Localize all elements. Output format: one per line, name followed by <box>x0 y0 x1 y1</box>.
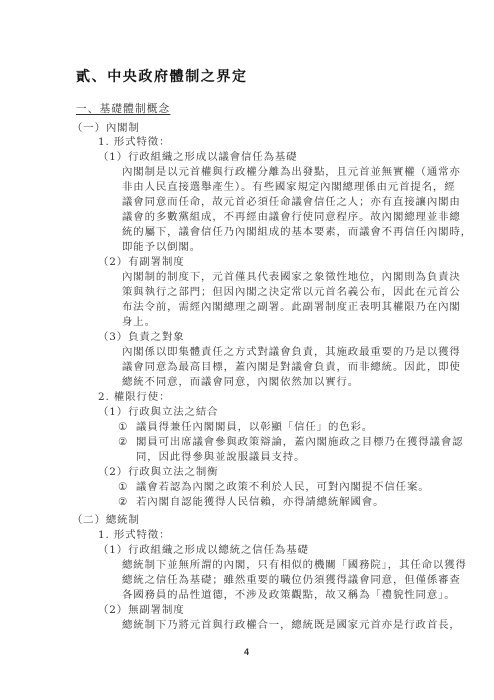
power-exercise-heading: 2. 權限行使： <box>98 390 170 404</box>
paragraph-line: 統的屬下，議會信任乃內閣組成的基本要素，而議會不再信任內閣時， <box>122 225 422 239</box>
point-marker: ② <box>118 495 128 509</box>
point-line: 議會若認為內閣之政策不利於人民，可對內閣提不信任案。 <box>136 480 430 494</box>
point-line: 若內閣自認能獲得人民信賴，亦得請總統解國會。 <box>136 495 384 509</box>
section-heading: 一、基礎體制概念 <box>76 101 170 116</box>
item-heading: （3）負責之對象 <box>98 330 185 344</box>
subsection-heading-parliamentary: （一）內閣制 <box>72 121 140 135</box>
point-line: 議員得兼任內閣閣員，以彰顯「信任」的色彩。 <box>136 420 373 434</box>
document-page: 貳、中央政府體制之界定 一、基礎體制概念 （一）內閣制 1. 形式特徵： （1）… <box>0 0 494 700</box>
page-number: 4 <box>244 647 249 657</box>
point-line: 同，因此得參與並說服議員支持。 <box>136 450 305 464</box>
formal-features-heading: 1. 形式特徵： <box>98 528 170 542</box>
paragraph-line: 策與執行之部門；但因內閣之決定常以元首名義公布，因此在元首公 <box>122 285 422 299</box>
item-heading: （1）行政組織之形成以議會信任為基礎 <box>98 150 297 164</box>
subsection-heading-presidential: （二）總統制 <box>72 513 140 527</box>
point-marker: ② <box>118 435 128 449</box>
item-heading: （2）有副署制度 <box>98 255 185 269</box>
paragraph-line: 總統制下乃將元首與行政權合一，總統既是國家元首亦是行政首長， <box>122 618 422 632</box>
paragraph-line: 布法令前，需經內閣總理之副署。此副署制度正表明其權限乃在內閣 <box>122 300 422 314</box>
item-heading: （1）行政與立法之結合 <box>98 405 218 419</box>
paragraph-line: 總統制下並無所謂的內閣，只有相似的機關「國務院」，其任命以獲得 <box>122 558 422 572</box>
point-marker: ① <box>118 480 128 494</box>
item-heading: （2）無副署制度 <box>98 603 185 617</box>
formal-features-heading: 1. 形式特徵： <box>98 135 170 149</box>
paragraph-line: 總統不同意，而議會同意，內閣依然加以實行。 <box>122 375 422 389</box>
point-line: 閣員可出席議會參與政策辯論，蓋內閣施政之目標乃在獲得議會認 <box>136 435 418 449</box>
paragraph-line: 議會同意而任命，故元首必須任命議會信任之人；亦有直接讓內閣由 <box>122 195 422 209</box>
item-heading: （2）行政與立法之制衡 <box>98 465 218 479</box>
paragraph-line: 非由人民直接選舉產生）。有些國家規定內閣總理係由元首提名，經 <box>122 180 422 194</box>
chapter-title: 貳、中央政府體制之界定 <box>76 66 248 86</box>
paragraph-line: 內閣制的制度下，元首僅具代表國家之象徵性地位，內閣則為負責決 <box>122 270 422 284</box>
paragraph-line: 內閣制是以元首權與行政權分離為出發點，且元首並無實權（通常亦 <box>122 165 422 179</box>
paragraph-line: 總統之信任為基礎；雖然重要的職位仍須獲得議會同意，但僅係審查 <box>122 573 422 587</box>
paragraph-line: 各國務員的品性道德，不涉及政策觀點，故又稱為「禮貌性同意」。 <box>122 588 422 602</box>
item-heading: （1）行政組織之形成以總統之信任為基礎 <box>98 543 309 557</box>
paragraph-line: 身上。 <box>122 315 422 329</box>
point-marker: ① <box>118 420 128 434</box>
paragraph-line: 議會同意為最高目標，蓋內閣是對議會負責，而非總統。因此，即使 <box>122 360 422 374</box>
paragraph-line: 即能予以倒閣。 <box>122 240 422 254</box>
paragraph-line: 議會的多數黨組成，不再經由議會行使同意程序。故內閣總理並非總 <box>122 210 422 224</box>
paragraph-line: 內閣係以即集體責任之方式對議會負責，其施政最重要的乃是以獲得 <box>122 345 422 359</box>
